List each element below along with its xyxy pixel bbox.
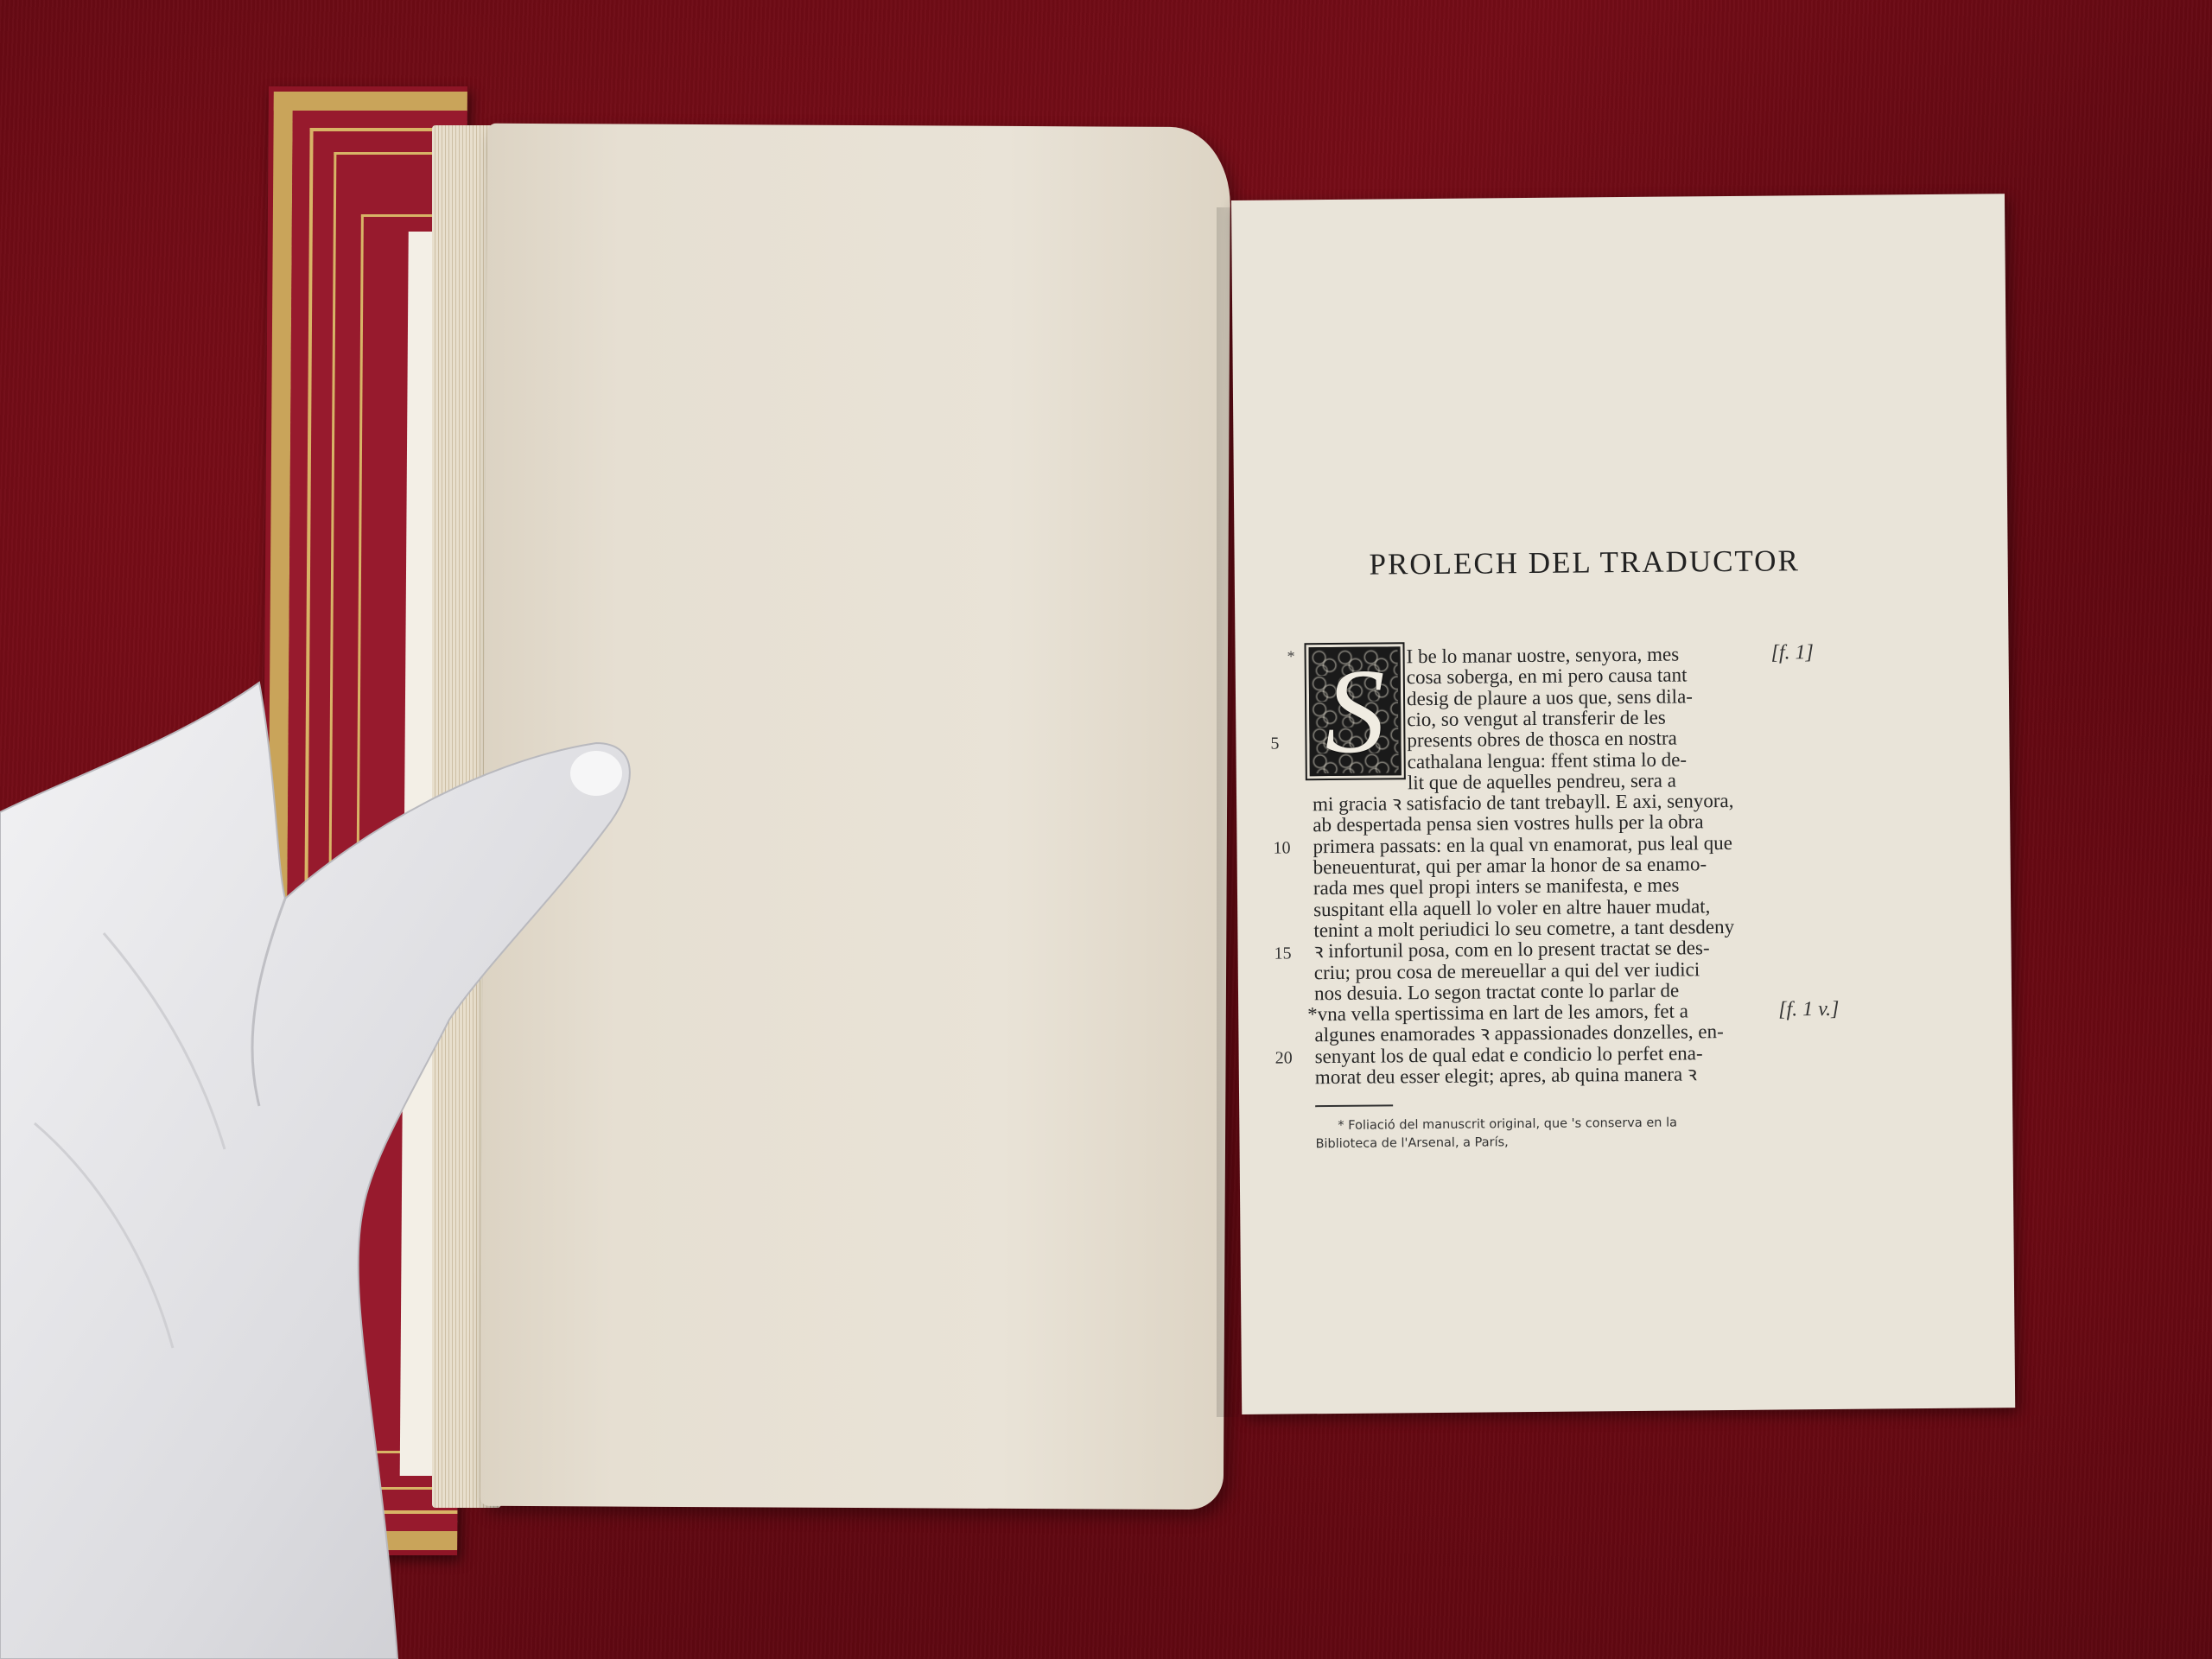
line-number: 20 xyxy=(1258,1048,1293,1068)
footnote-rule xyxy=(1315,1104,1393,1107)
gloved-hand xyxy=(0,674,657,1659)
page-title: PROLECH DEL TRADUCTOR xyxy=(1325,543,1844,582)
decorated-initial: S xyxy=(1309,646,1402,776)
footnote-text-2: Biblioteca de l'Arsenal, a París, xyxy=(1315,1132,1764,1154)
show-through-text: ​ xyxy=(959,605,1184,665)
line-number: 5 xyxy=(1244,734,1279,754)
footnote-marker: * xyxy=(1338,1119,1344,1133)
text-line: presents obres de thosca en nostra xyxy=(1407,728,1677,752)
text-line: morat deu esser elegit; apres, ab quina … xyxy=(1315,1064,1697,1088)
thumb-tip xyxy=(570,751,622,796)
folio-asterisk: * xyxy=(1287,647,1295,665)
footnote: * Foliació del manuscrit original, que '… xyxy=(1315,1114,1764,1154)
footnote-text-1: Foliació del manuscrit original, que 's … xyxy=(1348,1116,1677,1133)
folio-note: [f. 1] xyxy=(1770,641,1814,664)
line-number: 15 xyxy=(1257,944,1292,963)
line-number: 10 xyxy=(1255,838,1290,858)
initial-letter: S xyxy=(1325,651,1386,772)
text-line: cosa soberga, en mi pero causa tant xyxy=(1407,665,1688,689)
folio-note: [f. 1 v.] xyxy=(1778,998,1839,1022)
right-page[interactable]: PROLECH DEL TRADUCTOR S * I be lo manar … xyxy=(1231,194,2015,1414)
